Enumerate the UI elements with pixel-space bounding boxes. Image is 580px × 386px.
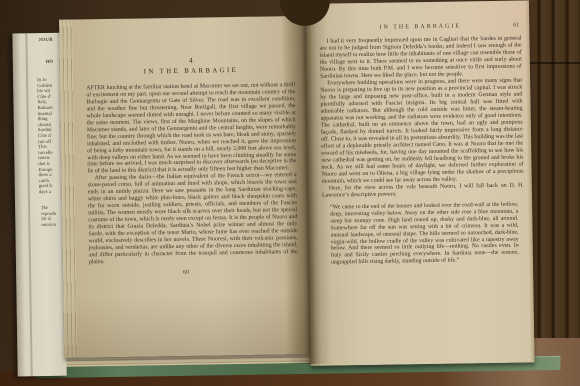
running-header-title: IN THE BARBAGIE xyxy=(379,23,461,30)
dust-jacket-flap: JOUR DO In JoGoldrinhis wriCôte d'Italy,… xyxy=(12,33,66,377)
paragraph: AFTER lunching at the familiar station h… xyxy=(86,82,296,176)
flap-heading-fragment: DO xyxy=(46,60,53,66)
right-page-body: I had it very frequently impressed upon … xyxy=(319,36,524,200)
flap-title-fragment: JOUR xyxy=(38,38,53,44)
chapter-number: 4 xyxy=(86,54,296,66)
paragraph: After passing the dazio—the Italian equi… xyxy=(88,172,298,266)
block-quote: “We came to the end of the houses and lo… xyxy=(330,202,519,267)
paragraph: I had it very frequently impressed upon … xyxy=(319,36,522,81)
paragraph: Here, for the view across the vale benea… xyxy=(322,182,524,199)
paragraph: Everywhere building operations were in p… xyxy=(320,77,524,185)
left-page: 4 IN THE BARBAGIE AFTER lunching at the … xyxy=(59,16,310,358)
running-header: IN THE BARBAGIE 61 xyxy=(319,23,521,32)
open-book: JOUR DO In JoGoldrinhis wriCôte d'Italy,… xyxy=(0,0,580,386)
flap-text-fragment: days a xyxy=(39,190,55,196)
right-page: IN THE BARBAGIE 61 I had it very frequen… xyxy=(305,0,535,365)
flap-text-fragment: Balearic xyxy=(37,106,53,112)
page-number-right: 61 xyxy=(513,23,519,29)
flap-text-fragment: Côte d' xyxy=(38,134,54,140)
flap-note-fragment: mission xyxy=(41,223,56,229)
gutter-shadow xyxy=(281,4,333,365)
page-number-left: 60 xyxy=(63,268,309,278)
flap-fold-line xyxy=(25,33,32,376)
flap-credit-fragments: ThereproduSir E.mission xyxy=(41,206,56,229)
chapter-title: IN THE BARBAGIE xyxy=(86,66,296,76)
photo-of-open-book: { "jacket_flap": { "title_fragment": "JO… xyxy=(0,0,580,386)
flap-blurb-fragments: In JoGoldrinhis wriCôte d'Italy,Balearic… xyxy=(37,78,55,196)
left-page-body: AFTER lunching at the familiar station h… xyxy=(86,82,298,266)
